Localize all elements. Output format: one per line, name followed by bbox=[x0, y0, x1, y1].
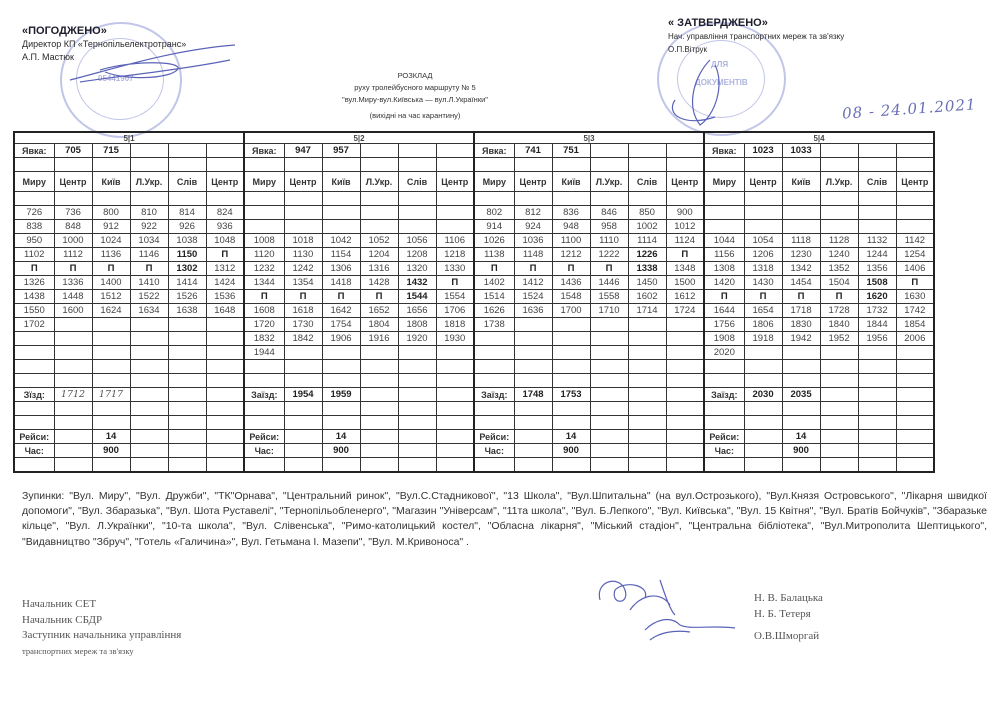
signer-name: О.В.Шморгай bbox=[754, 628, 823, 644]
empty-cell bbox=[436, 158, 474, 172]
empty-cell bbox=[590, 458, 628, 473]
empty-cell bbox=[436, 402, 474, 416]
empty-cell bbox=[704, 158, 744, 172]
empty-cell bbox=[744, 416, 782, 430]
empty-cell bbox=[244, 416, 284, 430]
empty-cell bbox=[436, 144, 474, 158]
zaizd-value: 1712 bbox=[54, 388, 92, 402]
empty-cell bbox=[820, 444, 858, 458]
time-cell: 1944 bbox=[244, 346, 284, 360]
column-header: Л.Укр. bbox=[360, 172, 398, 192]
time-cell: П bbox=[704, 290, 744, 304]
time-cell: 1348 bbox=[666, 262, 704, 276]
empty-cell bbox=[54, 444, 92, 458]
empty-cell bbox=[514, 444, 552, 458]
signers-positions: Начальник СЕТ Начальник СБДР Заступник н… bbox=[22, 597, 181, 659]
empty-cell bbox=[820, 430, 858, 444]
empty-cell bbox=[628, 144, 666, 158]
time-cell: 1154 bbox=[322, 248, 360, 262]
empty-cell bbox=[284, 158, 322, 172]
empty-cell bbox=[896, 458, 934, 473]
empty-cell bbox=[436, 458, 474, 473]
column-header: Миру bbox=[14, 172, 54, 192]
empty-cell bbox=[628, 402, 666, 416]
empty-cell bbox=[628, 346, 666, 360]
time-cell: 1306 bbox=[322, 262, 360, 276]
empty-cell bbox=[474, 458, 514, 473]
empty-cell bbox=[206, 360, 244, 374]
time-cell: 1330 bbox=[436, 262, 474, 276]
empty-cell bbox=[398, 402, 436, 416]
time-cell: 1508 bbox=[858, 276, 896, 290]
time-cell: 1436 bbox=[552, 276, 590, 290]
empty-cell bbox=[820, 158, 858, 172]
empty-cell bbox=[54, 416, 92, 430]
empty-cell bbox=[744, 206, 782, 220]
table-row: 143814481512152215261536ПППП154415541514… bbox=[14, 290, 934, 304]
column-header: Київ bbox=[322, 172, 360, 192]
time-cell: 1700 bbox=[552, 304, 590, 318]
time-cell: 1018 bbox=[284, 234, 322, 248]
time-cell: 1412 bbox=[514, 276, 552, 290]
empty-cell bbox=[284, 430, 322, 444]
time-cell: 1450 bbox=[628, 276, 666, 290]
time-cell: 1208 bbox=[398, 248, 436, 262]
empty-cell bbox=[206, 374, 244, 388]
yavka-label: Явка: bbox=[474, 144, 514, 158]
empty-cell bbox=[858, 374, 896, 388]
empty-cell bbox=[744, 192, 782, 206]
time-cell: 1636 bbox=[514, 304, 552, 318]
time-cell: 948 bbox=[552, 220, 590, 234]
empty-cell bbox=[896, 220, 934, 234]
empty-cell bbox=[514, 430, 552, 444]
empty-cell bbox=[590, 332, 628, 346]
empty-cell bbox=[858, 444, 896, 458]
empty-cell bbox=[398, 360, 436, 374]
time-cell: 1142 bbox=[896, 234, 934, 248]
empty-cell bbox=[782, 220, 820, 234]
empty-cell bbox=[206, 458, 244, 473]
empty-cell bbox=[130, 416, 168, 430]
empty-cell bbox=[360, 220, 398, 234]
column-header-row: МируЦентрКиївЛ.Укр.СлівЦентрМируЦентрКиї… bbox=[14, 172, 934, 192]
column-header: Київ bbox=[782, 172, 820, 192]
zaizd-label: Заїзд: bbox=[474, 388, 514, 402]
time-cell bbox=[54, 318, 92, 332]
empty-cell bbox=[590, 360, 628, 374]
time-cell bbox=[896, 346, 934, 360]
empty-cell bbox=[168, 374, 206, 388]
time-cell: 1420 bbox=[704, 276, 744, 290]
signer-name: Н. Б. Тетеря bbox=[754, 606, 823, 622]
empty-cell bbox=[590, 192, 628, 206]
empty-cell bbox=[474, 332, 514, 346]
empty-cell bbox=[782, 374, 820, 388]
handwritten-date: 08 - 24.01.2021 bbox=[842, 95, 978, 122]
empty-cell bbox=[514, 360, 552, 374]
empty-cell bbox=[360, 430, 398, 444]
empty-cell bbox=[360, 402, 398, 416]
time-cell: 810 bbox=[130, 206, 168, 220]
time-cell bbox=[514, 318, 552, 332]
empty-cell bbox=[666, 144, 704, 158]
time-cell: 1714 bbox=[628, 304, 666, 318]
empty-cell bbox=[398, 158, 436, 172]
empty-cell bbox=[398, 374, 436, 388]
empty-cell bbox=[54, 158, 92, 172]
time-cell: 1106 bbox=[436, 234, 474, 248]
time-cell: 812 bbox=[514, 206, 552, 220]
empty-cell bbox=[628, 332, 666, 346]
empty-cell bbox=[398, 416, 436, 430]
empty-cell bbox=[360, 444, 398, 458]
stops-list: Зупинки: "Вул. Миру", "Вул. Дружби", "ТК… bbox=[22, 489, 987, 550]
empty-cell bbox=[92, 192, 130, 206]
zaizd-label: Заїзд: bbox=[704, 388, 744, 402]
approval-left-heading: «ПОГОДЖЕНО» bbox=[22, 25, 186, 38]
empty-cell bbox=[322, 416, 360, 430]
empty-cell bbox=[244, 402, 284, 416]
signer-position: Заступник начальника управління bbox=[22, 628, 181, 644]
empty-cell bbox=[398, 444, 436, 458]
column-header: Миру bbox=[474, 172, 514, 192]
approval-right-position: Нач. управління транспортних мереж та зв… bbox=[668, 30, 844, 43]
empty-cell bbox=[474, 158, 514, 172]
empty-cell bbox=[14, 158, 54, 172]
time-cell: П bbox=[590, 262, 628, 276]
time-cell: 1352 bbox=[820, 262, 858, 276]
column-header: Миру bbox=[704, 172, 744, 192]
empty-cell bbox=[284, 206, 322, 220]
time-cell: 1338 bbox=[628, 262, 666, 276]
empty-cell bbox=[322, 206, 360, 220]
column-header: Київ bbox=[552, 172, 590, 192]
empty-cell bbox=[436, 360, 474, 374]
empty-cell bbox=[858, 458, 896, 473]
time-cell: 1512 bbox=[92, 290, 130, 304]
time-cell: 1138 bbox=[474, 248, 514, 262]
time-cell bbox=[590, 318, 628, 332]
zaizd-label: Заїзд: bbox=[244, 388, 284, 402]
empty-cell bbox=[896, 444, 934, 458]
time-cell bbox=[168, 318, 206, 332]
time-cell: 1648 bbox=[206, 304, 244, 318]
empty-cell bbox=[666, 416, 704, 430]
blank-row bbox=[14, 458, 934, 473]
yavka-value: 741 bbox=[514, 144, 552, 158]
empty-cell bbox=[896, 430, 934, 444]
time-cell: П bbox=[130, 262, 168, 276]
empty-cell bbox=[130, 374, 168, 388]
time-cell: 1612 bbox=[666, 290, 704, 304]
empty-cell bbox=[168, 144, 206, 158]
empty-cell bbox=[820, 192, 858, 206]
column-header: Центр bbox=[436, 172, 474, 192]
empty-cell bbox=[744, 158, 782, 172]
time-cell: 1952 bbox=[820, 332, 858, 346]
time-cell: 1342 bbox=[782, 262, 820, 276]
time-cell bbox=[398, 346, 436, 360]
time-cell: 1454 bbox=[782, 276, 820, 290]
empty-cell bbox=[590, 388, 628, 402]
time-cell: 1042 bbox=[322, 234, 360, 248]
empty-cell bbox=[858, 144, 896, 158]
empty-cell bbox=[92, 416, 130, 430]
reisy-label: Рейси: bbox=[244, 430, 284, 444]
reisy-row: Рейси:14Рейси:14Рейси:14Рейси:14 bbox=[14, 430, 934, 444]
empty-cell bbox=[284, 402, 322, 416]
empty-cell bbox=[820, 374, 858, 388]
table-row: 19442020 bbox=[14, 346, 934, 360]
time-cell: 1548 bbox=[552, 290, 590, 304]
empty-cell bbox=[284, 444, 322, 458]
empty-cell bbox=[858, 430, 896, 444]
time-cell: 1618 bbox=[284, 304, 322, 318]
empty-cell bbox=[782, 206, 820, 220]
time-cell: П bbox=[360, 290, 398, 304]
empty-cell bbox=[206, 346, 244, 360]
empty-cell bbox=[322, 360, 360, 374]
time-cell: П bbox=[666, 248, 704, 262]
approval-right-block: « ЗАТВЕРДЖЕНО» Нач. управління транспорт… bbox=[668, 17, 844, 56]
time-cell: 1918 bbox=[744, 332, 782, 346]
empty-cell bbox=[206, 416, 244, 430]
time-cell: 1706 bbox=[436, 304, 474, 318]
signer-position-note: транспортних мереж та зв'язку bbox=[22, 644, 181, 660]
empty-cell bbox=[360, 458, 398, 473]
time-cell: 1638 bbox=[168, 304, 206, 318]
empty-cell bbox=[858, 206, 896, 220]
time-cell: 1150 bbox=[168, 248, 206, 262]
column-header: Миру bbox=[244, 172, 284, 192]
time-cell: 1406 bbox=[896, 262, 934, 276]
yavka-label: Явка: bbox=[704, 144, 744, 158]
time-cell: 1428 bbox=[360, 276, 398, 290]
time-cell: П bbox=[322, 290, 360, 304]
empty-cell bbox=[244, 360, 284, 374]
empty-cell bbox=[896, 374, 934, 388]
time-cell: 1308 bbox=[704, 262, 744, 276]
chas-label: Час: bbox=[474, 444, 514, 458]
time-cell: 1424 bbox=[206, 276, 244, 290]
time-cell bbox=[322, 346, 360, 360]
empty-cell bbox=[14, 402, 54, 416]
time-cell: 1318 bbox=[744, 262, 782, 276]
empty-cell bbox=[704, 206, 744, 220]
empty-cell bbox=[168, 192, 206, 206]
empty-cell bbox=[398, 458, 436, 473]
time-cell: 1418 bbox=[322, 276, 360, 290]
time-cell: 836 bbox=[552, 206, 590, 220]
column-header: Центр bbox=[284, 172, 322, 192]
empty-cell bbox=[704, 374, 744, 388]
empty-cell bbox=[206, 430, 244, 444]
table-row: 83884891292292693691492494895810021012 bbox=[14, 220, 934, 234]
empty-cell bbox=[244, 192, 284, 206]
empty-cell bbox=[820, 360, 858, 374]
time-cell: 1226 bbox=[628, 248, 666, 262]
empty-cell bbox=[552, 402, 590, 416]
time-cell: 1844 bbox=[858, 318, 896, 332]
empty-cell bbox=[168, 360, 206, 374]
empty-cell bbox=[704, 360, 744, 374]
empty-cell bbox=[782, 402, 820, 416]
empty-cell bbox=[322, 374, 360, 388]
time-cell: 1038 bbox=[168, 234, 206, 248]
empty-cell bbox=[666, 158, 704, 172]
column-header: Л.Укр. bbox=[590, 172, 628, 192]
time-cell bbox=[628, 318, 666, 332]
empty-cell bbox=[704, 402, 744, 416]
column-header: Центр bbox=[54, 172, 92, 192]
time-cell: 1024 bbox=[92, 234, 130, 248]
empty-cell bbox=[92, 402, 130, 416]
column-header: Центр bbox=[896, 172, 934, 192]
time-cell: 1414 bbox=[168, 276, 206, 290]
time-cell: 1336 bbox=[54, 276, 92, 290]
time-cell: П bbox=[552, 262, 590, 276]
time-cell: 1100 bbox=[552, 234, 590, 248]
empty-cell bbox=[398, 430, 436, 444]
empty-cell bbox=[590, 416, 628, 430]
chas-value: 900 bbox=[322, 444, 360, 458]
column-header: Слів bbox=[168, 172, 206, 192]
time-cell: 1718 bbox=[782, 304, 820, 318]
empty-cell bbox=[130, 332, 168, 346]
empty-cell bbox=[360, 206, 398, 220]
empty-cell bbox=[858, 220, 896, 234]
time-cell: 1630 bbox=[896, 290, 934, 304]
empty-cell bbox=[666, 430, 704, 444]
empty-cell bbox=[820, 388, 858, 402]
zaizd-value: 1954 bbox=[284, 388, 322, 402]
time-cell: 914 bbox=[474, 220, 514, 234]
empty-cell bbox=[896, 402, 934, 416]
time-cell: П bbox=[436, 276, 474, 290]
empty-cell bbox=[628, 360, 666, 374]
empty-cell bbox=[360, 416, 398, 430]
empty-cell bbox=[744, 458, 782, 473]
time-cell: 1842 bbox=[284, 332, 322, 346]
time-cell: 1356 bbox=[858, 262, 896, 276]
empty-cell bbox=[14, 346, 54, 360]
table-row: 9501000102410341038104810081018104210521… bbox=[14, 234, 934, 248]
empty-cell bbox=[92, 332, 130, 346]
empty-cell bbox=[628, 458, 666, 473]
empty-cell bbox=[436, 388, 474, 402]
empty-cell bbox=[744, 430, 782, 444]
empty-cell bbox=[54, 458, 92, 473]
signer-name: Н. В. Балацька bbox=[754, 590, 823, 606]
time-cell: 1118 bbox=[782, 234, 820, 248]
time-cell bbox=[130, 318, 168, 332]
reisy-value: 14 bbox=[552, 430, 590, 444]
empty-cell bbox=[704, 458, 744, 473]
empty-cell bbox=[820, 220, 858, 234]
empty-cell bbox=[628, 416, 666, 430]
empty-cell bbox=[590, 402, 628, 416]
table-row: 1832184219061916192019301908191819421952… bbox=[14, 332, 934, 346]
empty-cell bbox=[820, 206, 858, 220]
time-cell: 824 bbox=[206, 206, 244, 220]
section-title: 5|3 bbox=[474, 132, 704, 144]
zaizd-row: Зїзд:17121717Заїзд:19541959Заїзд:1748175… bbox=[14, 388, 934, 402]
document-title: РОЗКЛАД bbox=[300, 70, 530, 82]
time-cell: 1156 bbox=[704, 248, 744, 262]
table-row: 1702172017301754180418081818173817561806… bbox=[14, 318, 934, 332]
time-cell: 2006 bbox=[896, 332, 934, 346]
empty-cell bbox=[244, 206, 284, 220]
empty-cell bbox=[14, 458, 54, 473]
empty-cell bbox=[130, 144, 168, 158]
empty-cell bbox=[552, 360, 590, 374]
time-cell: 1054 bbox=[744, 234, 782, 248]
empty-cell bbox=[666, 192, 704, 206]
empty-cell bbox=[474, 416, 514, 430]
time-cell: 1522 bbox=[130, 290, 168, 304]
empty-cell bbox=[398, 206, 436, 220]
empty-cell bbox=[896, 416, 934, 430]
reisy-value: 14 bbox=[92, 430, 130, 444]
time-cell: 1326 bbox=[14, 276, 54, 290]
empty-cell bbox=[360, 192, 398, 206]
time-cell: 1558 bbox=[590, 290, 628, 304]
document-title-block: РОЗКЛАД руху тролейбусного маршруту № 5 … bbox=[300, 70, 530, 122]
empty-cell bbox=[590, 374, 628, 388]
empty-cell bbox=[590, 158, 628, 172]
empty-cell bbox=[436, 430, 474, 444]
empty-cell bbox=[284, 374, 322, 388]
time-cell: П bbox=[244, 290, 284, 304]
empty-cell bbox=[590, 444, 628, 458]
time-cell: 1110 bbox=[590, 234, 628, 248]
empty-cell bbox=[474, 192, 514, 206]
time-cell: 1920 bbox=[398, 332, 436, 346]
empty-cell bbox=[360, 388, 398, 402]
time-cell: 1840 bbox=[820, 318, 858, 332]
empty-cell bbox=[628, 374, 666, 388]
time-cell: 1124 bbox=[666, 234, 704, 248]
time-cell: 1354 bbox=[284, 276, 322, 290]
blank-row bbox=[14, 416, 934, 430]
yavka-label: Явка: bbox=[244, 144, 284, 158]
empty-cell bbox=[666, 444, 704, 458]
signer-position: Начальник СЕТ bbox=[22, 597, 181, 613]
time-cell: 1026 bbox=[474, 234, 514, 248]
reisy-value: 14 bbox=[322, 430, 360, 444]
time-cell: 1942 bbox=[782, 332, 820, 346]
time-cell: 1624 bbox=[92, 304, 130, 318]
empty-cell bbox=[704, 416, 744, 430]
empty-cell bbox=[168, 430, 206, 444]
empty-cell bbox=[474, 346, 514, 360]
time-cell: П bbox=[92, 262, 130, 276]
time-cell: 1732 bbox=[858, 304, 896, 318]
empty-cell bbox=[590, 430, 628, 444]
signature-right bbox=[655, 55, 785, 130]
time-cell: 1930 bbox=[436, 332, 474, 346]
time-cell bbox=[858, 346, 896, 360]
empty-cell bbox=[168, 402, 206, 416]
time-cell: 900 bbox=[666, 206, 704, 220]
zaizd-value: 1753 bbox=[552, 388, 590, 402]
empty-cell bbox=[514, 374, 552, 388]
empty-cell bbox=[436, 192, 474, 206]
empty-cell bbox=[398, 220, 436, 234]
zaizd-value: 2030 bbox=[744, 388, 782, 402]
yavka-value: 947 bbox=[284, 144, 322, 158]
